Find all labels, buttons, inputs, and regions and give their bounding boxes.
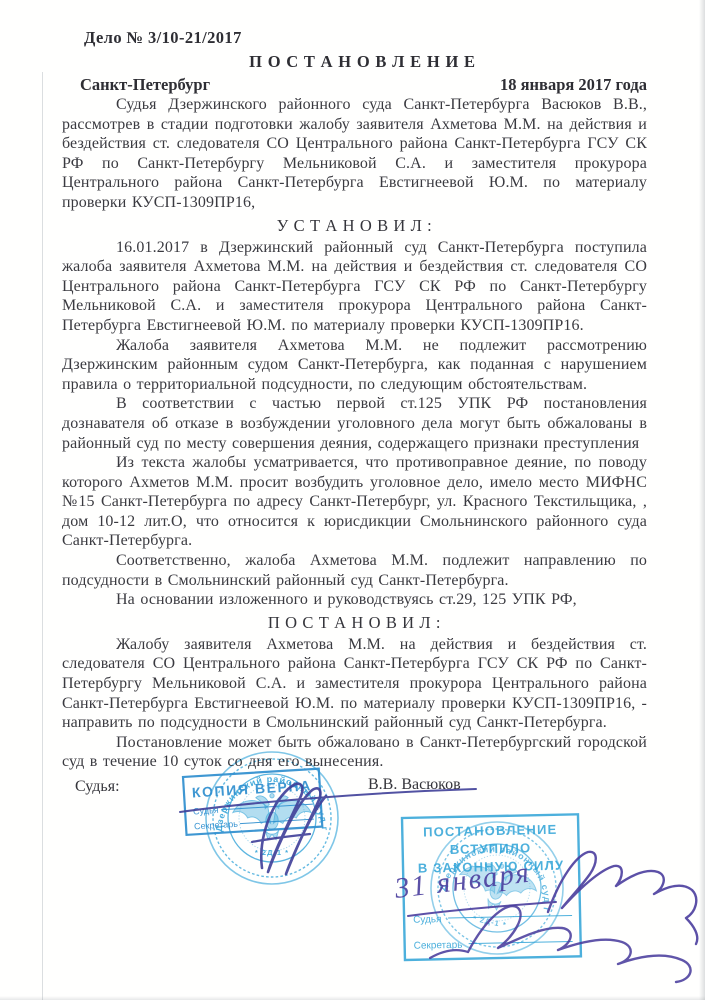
document-title: П О С Т А Н О В Л Е Н И Е: [62, 51, 647, 72]
copy-stamp-title: КОПИЯ ВЕРНА: [191, 777, 312, 800]
case-number: Дело № 3/10-21/2017: [62, 28, 647, 48]
intro-paragraph: Судья Дзержинского районного суда Санкт-…: [62, 95, 647, 213]
copy-verna-stamp: КОПИЯ ВЕРНА Судья Секретарь: [183, 769, 322, 835]
document-body: Дело № 3/10-21/2017 П О С Т А Н О В Л Е …: [62, 28, 647, 772]
paragraph: 16.01.2017 в Дзержинский районный суд Са…: [62, 238, 647, 336]
force-stamp-line2: ВСТУПИЛО: [450, 840, 532, 857]
secretary-signature: [430, 906, 691, 982]
copy-stamp-secretary-label: Секретарь: [194, 819, 239, 832]
scan-edge-artifact-left: [42, 72, 43, 1000]
judge-signature: [180, 784, 476, 874]
date-label: 18 января 2017 года: [500, 74, 647, 95]
paragraph: Постановление может быть обжаловано в Са…: [62, 733, 647, 772]
force-stamp-line3: В ЗАКОННУЮ СИЛУ: [418, 858, 565, 876]
city-label: Санкт-Петербург: [62, 74, 210, 95]
force-stamp-line1: ПОСТАНОВЛЕНИЕ: [423, 822, 558, 840]
judge-signature-bottom: [408, 852, 697, 944]
judge-name: В.В. Васюков: [368, 776, 461, 794]
city-date-row: Санкт-Петербург 18 января 2017 года: [62, 74, 647, 95]
scanned-court-document: Дело № 3/10-21/2017 П О С Т А Н О В Л Е …: [0, 0, 705, 1000]
paragraph: На основании изложенного и руководствуяс…: [62, 590, 647, 610]
scan-edge-artifact-bottom: [0, 996, 705, 1000]
judge-label: Судья:: [75, 778, 120, 796]
paragraph: Соответственно, жалоба Ахметова М.М. под…: [62, 551, 647, 590]
paragraph: В соответствии с частью первой ст.125 УП…: [62, 394, 647, 453]
section-heading-postanovil: П О С Т А Н О В И Л :: [62, 612, 647, 633]
copy-stamp-judge-label: Судья: [193, 805, 219, 817]
scan-edge-artifact-right: [699, 0, 705, 1000]
force-stamp-secretary-label: Секретарь: [414, 940, 463, 952]
paragraph: Жалобу заявителя Ахметова М.М. на действ…: [62, 635, 647, 733]
handwritten-date: 31 января: [392, 857, 532, 906]
section-heading-ustanovil: У С Т А Н О В И Л :: [62, 215, 647, 236]
legal-force-stamp: ПОСТАНОВЛЕНИЕ ВСТУПИЛО В ЗАКОННУЮ СИЛУ С…: [402, 814, 581, 960]
paragraph: Жалоба заявителя Ахметова М.М. не подлеж…: [62, 336, 647, 395]
force-stamp-judge-label: Судья: [413, 914, 442, 926]
paragraph: Из текста жалобы усматривается, что прот…: [62, 453, 647, 551]
